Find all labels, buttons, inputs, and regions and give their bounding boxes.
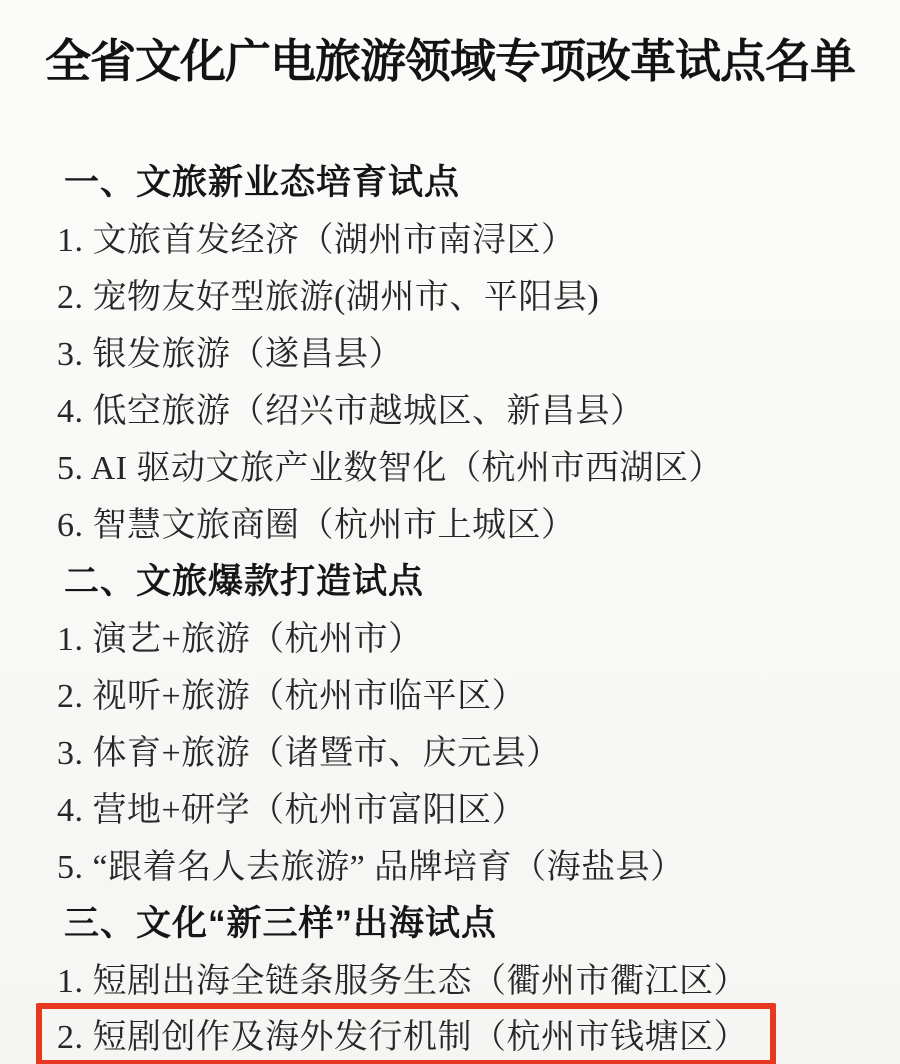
list-item: 5. “跟着名人去旅游” 品牌培育（海盐县） xyxy=(0,835,900,892)
list-item: 1. 文旅首发经济（湖州市南浔区） xyxy=(0,208,900,265)
list-item: 3. 银发旅游（遂昌县） xyxy=(0,322,900,379)
list-item-text: 2. 短剧创作及海外发行机制（杭州市钱塘区） xyxy=(57,1009,748,1058)
document-body: 一、文旅新业态培育试点 1. 文旅首发经济（湖州市南浔区） 2. 宠物友好型旅游… xyxy=(0,151,900,1063)
section-heading-1: 一、文旅新业态培育试点 xyxy=(0,151,900,208)
highlight-box: 2. 短剧创作及海外发行机制（杭州市钱塘区） xyxy=(36,1003,776,1064)
list-item-highlighted: 2. 短剧创作及海外发行机制（杭州市钱塘区） xyxy=(0,1006,900,1063)
section-heading-2: 二、文旅爆款打造试点 xyxy=(0,550,900,607)
list-item: 1. 演艺+旅游（杭州市） xyxy=(0,607,900,664)
list-item: 4. 低空旅游（绍兴市越城区、新昌县） xyxy=(0,379,900,436)
list-item: 3. 体育+旅游（诸暨市、庆元县） xyxy=(0,721,900,778)
list-item: 6. 智慧文旅商圈（杭州市上城区） xyxy=(0,493,900,550)
section-heading-3: 三、文化“新三样”出海试点 xyxy=(0,892,900,949)
list-item: 4. 营地+研学（杭州市富阳区） xyxy=(0,778,900,835)
list-item: 2. 宠物友好型旅游(湖州市、平阳县) xyxy=(0,265,900,322)
page-title: 全省文化广电旅游领域专项改革试点名单 xyxy=(0,30,900,94)
list-item: 5. AI 驱动文旅产业数智化（杭州市西湖区） xyxy=(0,436,900,493)
list-item: 1. 短剧出海全链条服务生态（衢州市衢江区） xyxy=(0,949,900,1006)
document-page: 全省文化广电旅游领域专项改革试点名单 一、文旅新业态培育试点 1. 文旅首发经济… xyxy=(0,0,900,1064)
list-item: 2. 视听+旅游（杭州市临平区） xyxy=(0,664,900,721)
